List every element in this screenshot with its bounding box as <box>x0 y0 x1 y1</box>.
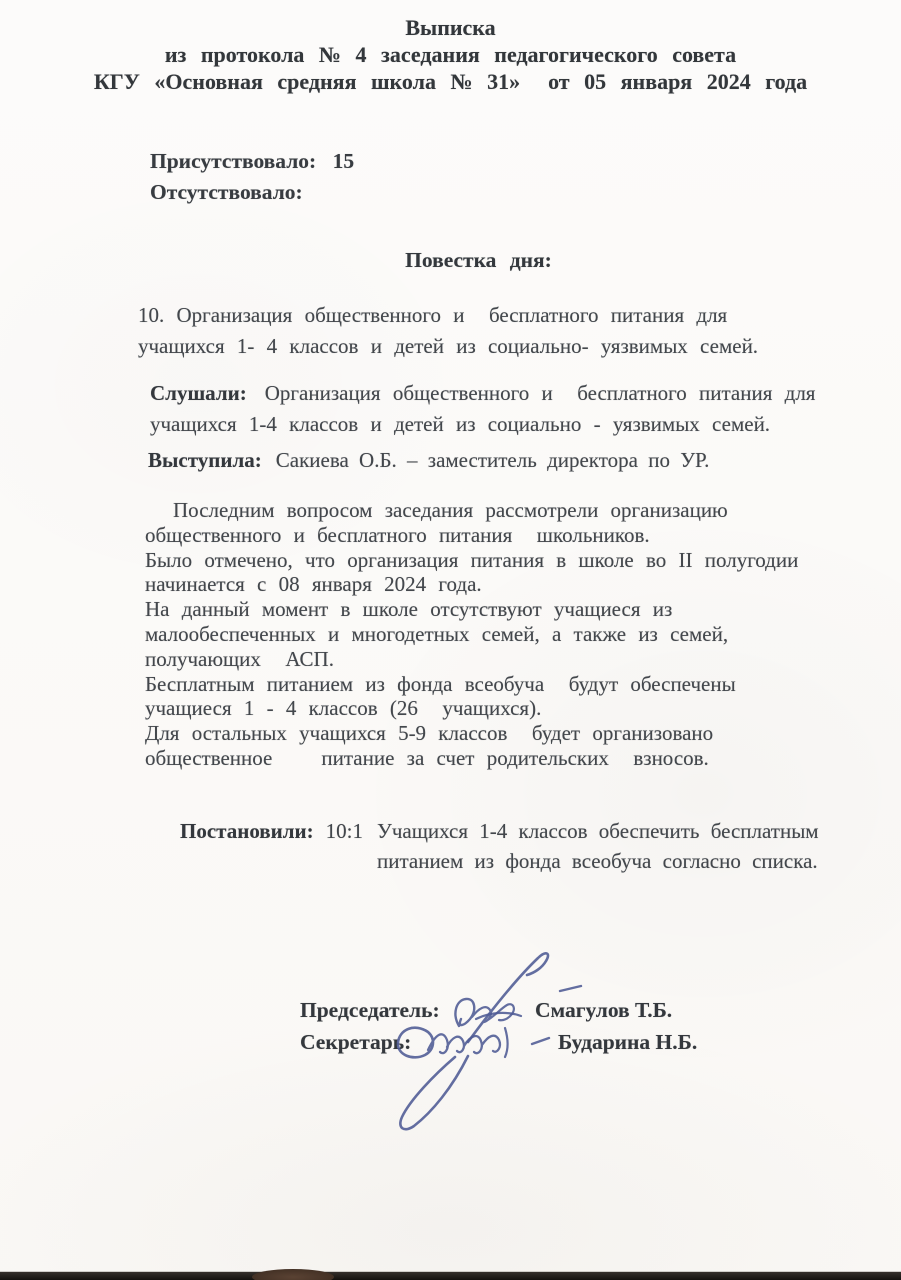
resolution-label: Постановили: <box>180 816 314 846</box>
agenda-item-line: учащихся 1- 4 классов и детей из социаль… <box>138 331 878 362</box>
speaker-line: Выступила:Сакиева О.Б. – заместитель дир… <box>148 448 888 473</box>
resolution-number: 10:1 <box>326 816 363 846</box>
document-title: Выписка <box>40 14 861 41</box>
present-count: 15 <box>333 149 355 173</box>
secretary-label: Секретарь: <box>300 1030 411 1055</box>
attendance-block: Присутствовало: 15 Отсутствовало: <box>150 146 354 208</box>
body-line: Было отмечено, что организация питания в… <box>145 548 885 573</box>
heard-line: Слушали:Организация общественного и бесп… <box>150 378 880 409</box>
body-paragraph: Последним вопросом заседания рассмотрели… <box>145 498 885 771</box>
heard-section: Слушали:Организация общественного и бесп… <box>150 378 880 440</box>
present-line: Присутствовало: 15 <box>150 146 354 177</box>
agenda-item-line: 10. Организация общественного и бесплатн… <box>138 300 878 331</box>
absent-label: Отсутствовало: <box>150 180 303 204</box>
absent-line: Отсутствовало: <box>150 177 354 208</box>
scanned-document-page: Выписка из протокола № 4 заседания педаг… <box>0 0 901 1280</box>
resolution-block: Постановили: 10:1 Учащихся 1-4 классов о… <box>180 816 855 876</box>
document-header: Выписка из протокола № 4 заседания педаг… <box>40 14 861 95</box>
photo-bottom-edge <box>0 1271 901 1280</box>
body-line: Бесплатным питанием из фонда всеобуча бу… <box>145 672 885 697</box>
chairman-name: Смагулов Т.Б. <box>535 998 672 1023</box>
agenda-item: 10. Организация общественного и бесплатн… <box>138 300 878 362</box>
body-line: Для остальных учащихся 5-9 классов будет… <box>145 721 885 746</box>
agenda-heading: Повестка дня: <box>28 248 901 273</box>
heard-label: Слушали: <box>150 381 247 405</box>
speaker-text: Сакиева О.Б. – заместитель директора по … <box>276 448 710 472</box>
header-date: от 05 января 2024 года <box>548 68 807 95</box>
heard-text: Организация общественного и бесплатного … <box>265 381 816 405</box>
body-line: начинается с 08 января 2024 года. <box>145 572 885 597</box>
body-line: общественное питание за счет родительски… <box>145 746 885 771</box>
header-school-name: КГУ «Основная средняя школа № 31» <box>94 68 520 95</box>
speaker-label: Выступила: <box>148 448 262 472</box>
chairman-label: Председатель: <box>300 998 440 1023</box>
header-school-date-line: КГУ «Основная средняя школа № 31» от 05 … <box>40 68 861 95</box>
body-line: малообеспеченных и многодетных семей, а … <box>145 622 885 647</box>
body-line: Последним вопросом заседания рассмотрели… <box>145 498 885 523</box>
body-line: общественного и бесплатного питания школ… <box>145 523 885 548</box>
present-label: Присутствовало: <box>150 149 316 173</box>
body-line: учащиеся 1 - 4 классов (26 учащихся). <box>145 696 885 721</box>
body-line: На данный момент в школе отсутствуют уча… <box>145 597 885 622</box>
resolution-text: Учащихся 1-4 классов обеспечить бесплатн… <box>377 816 855 876</box>
body-line: получающих АСП. <box>145 647 885 672</box>
heard-line: учащихся 1-4 классов и детей из социальн… <box>150 409 880 440</box>
photo-edge-bump <box>252 1269 334 1280</box>
secretary-signature <box>398 1013 549 1129</box>
header-protocol-line: из протокола № 4 заседания педагогическо… <box>40 41 861 68</box>
secretary-name: Бударина Н.Б. <box>558 1030 697 1055</box>
